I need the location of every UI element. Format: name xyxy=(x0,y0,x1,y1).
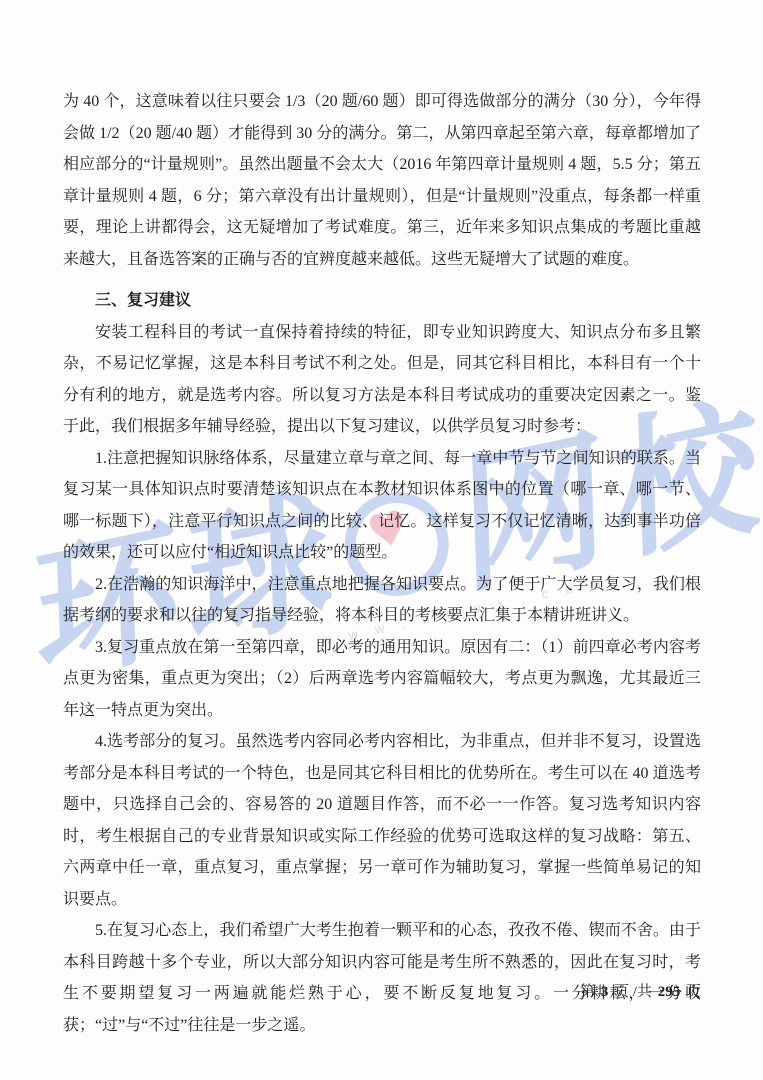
footer-suffix: 页 xyxy=(686,984,701,1000)
review-item-1: 1.注意把握知识脉络体系，尽量建立章与章之间、每一章中节与节之间知识的联系。当复… xyxy=(63,443,701,569)
review-item-2: 2.在浩瀚的知识海洋中，注意重点地把握各知识要点。为了便于广大学员复习，我们根据… xyxy=(63,569,701,632)
page-footer: 第 3 页 /共 295 页 xyxy=(63,980,701,1001)
paragraph-intro: 安装工程科目的考试一直保持着持续的特征，即专业知识跨度大、知识点分布多且繁杂，不… xyxy=(63,317,701,443)
document-body: 为 40 个，这意味着以往只要会 1/3（20 题/60 题）即可得选做部分的满… xyxy=(63,86,701,1041)
document-page: 环 球 ♥ 网 校 w w w . h q w x . c o m 为 40 个… xyxy=(0,0,763,1080)
page-number: 3 xyxy=(599,984,611,1000)
footer-prefix: 第 xyxy=(580,984,595,1000)
section-heading: 三、复习建议 xyxy=(63,285,701,317)
paragraph-continuation: 为 40 个，这意味着以往只要会 1/3（20 题/60 题）即可得选做部分的满… xyxy=(63,86,701,275)
footer-mid: 页 /共 xyxy=(614,984,652,1000)
review-item-3: 3.复习重点放在第一至第四章，即必考的通用知识。原因有二：（1）前四章必考内容考… xyxy=(63,632,701,727)
review-item-4: 4.选考部分的复习。虽然选考内容同必考内容相比，为非重点，但并非不复习，设置选考… xyxy=(63,726,701,915)
total-pages: 295 xyxy=(656,984,683,1000)
review-item-5: 5.在复习心态上，我们希望广大考生抱着一颗平和的心态，孜孜不倦、锲而不舍。由于本… xyxy=(63,915,701,1041)
